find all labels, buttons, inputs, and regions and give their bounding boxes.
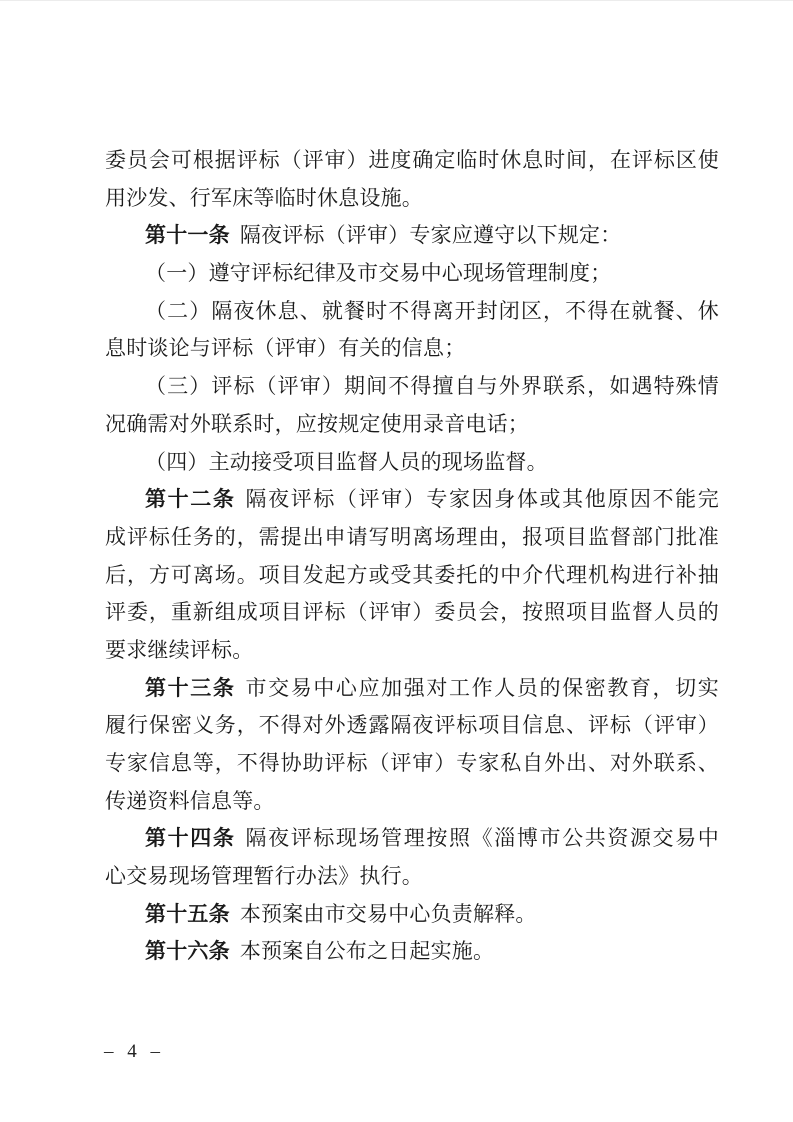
line-text: 市交易中心应加强对工作人员的保密教育，切实 bbox=[245, 676, 719, 700]
line-text: 隔夜评标（评审）专家因身体或其他原因不能完 bbox=[245, 487, 719, 511]
line-text: 评委，重新组成项目评标（评审）委员会，按照项目监督人员的 bbox=[105, 600, 719, 624]
text-line: 心交易现场管理暂行办法》执行。 bbox=[105, 858, 719, 896]
text-line: 息时谈论与评标（评审）有关的信息； bbox=[105, 330, 719, 368]
text-line: （三）评标（评审）期间不得擅自与外界联系，如遇特殊情 bbox=[105, 368, 719, 406]
text-line: 传递资料信息等。 bbox=[105, 783, 719, 821]
text-line: 用沙发、行军床等临时休息设施。 bbox=[105, 180, 719, 218]
line-text: 本预案由市交易中心负责解释。 bbox=[240, 902, 537, 926]
text-line: （一）遵守评标纪律及市交易中心现场管理制度； bbox=[105, 255, 719, 293]
line-text: （四）主动接受项目监督人员的现场监督。 bbox=[145, 450, 548, 474]
text-line: 成评标任务的，需提出申请写明离场理由，报项目监督部门批准 bbox=[105, 519, 719, 557]
line-text: 息时谈论与评标（评审）有关的信息； bbox=[105, 336, 465, 360]
page-number: – 4 – bbox=[104, 1041, 165, 1062]
line-text: 后，方可离场。项目发起方或受其委托的中介代理机构进行补抽 bbox=[105, 563, 719, 587]
line-text: 隔夜评标现场管理按照《淄博市公共资源交易中 bbox=[245, 826, 719, 850]
line-text: 心交易现场管理暂行办法》执行。 bbox=[105, 864, 423, 888]
text-line: 第十一条隔夜评标（评审）专家应遵守以下规定： bbox=[105, 217, 719, 255]
article-number: 第十六条 bbox=[145, 939, 230, 963]
text-line: （四）主动接受项目监督人员的现场监督。 bbox=[105, 444, 719, 482]
line-text: 况确需对外联系时，应按规定使用录音电话； bbox=[105, 412, 529, 436]
text-line: 第十五条本预案由市交易中心负责解释。 bbox=[105, 896, 719, 934]
text-line: 况确需对外联系时，应按规定使用录音电话； bbox=[105, 406, 719, 444]
article-number: 第十一条 bbox=[145, 223, 230, 247]
text-line: 履行保密义务，不得对外透露隔夜评标项目信息、评标（评审） bbox=[105, 707, 719, 745]
line-text: 隔夜评标（评审）专家应遵守以下规定： bbox=[240, 223, 622, 247]
line-text: 本预案自公布之日起实施。 bbox=[240, 939, 494, 963]
text-line: 第十二条隔夜评标（评审）专家因身体或其他原因不能完 bbox=[105, 481, 719, 519]
text-line: 专家信息等，不得协助评标（评审）专家私自外出、对外联系、 bbox=[105, 745, 719, 783]
text-line: 第十四条隔夜评标现场管理按照《淄博市公共资源交易中 bbox=[105, 820, 719, 858]
line-text: 要求继续评标。 bbox=[105, 638, 253, 662]
line-text: 用沙发、行军床等临时休息设施。 bbox=[105, 186, 423, 210]
text-line: 第十三条市交易中心应加强对工作人员的保密教育，切实 bbox=[105, 670, 719, 708]
article-number: 第十二条 bbox=[145, 487, 235, 511]
line-text: （三）评标（评审）期间不得擅自与外界联系，如遇特殊情 bbox=[145, 374, 719, 398]
line-text: 委员会可根据评标（评审）进度确定临时休息时间，在评标区使 bbox=[105, 148, 719, 172]
text-line: （二）隔夜休息、就餐时不得离开封闭区，不得在就餐、休 bbox=[105, 293, 719, 331]
line-text: （二）隔夜休息、就餐时不得离开封闭区，不得在就餐、休 bbox=[145, 299, 719, 323]
article-number: 第十四条 bbox=[145, 826, 235, 850]
line-text: 传递资料信息等。 bbox=[105, 789, 275, 813]
text-line: 第十六条本预案自公布之日起实施。 bbox=[105, 933, 719, 971]
text-line: 要求继续评标。 bbox=[105, 632, 719, 670]
document-body: 委员会可根据评标（评审）进度确定临时休息时间，在评标区使 用沙发、行军床等临时休… bbox=[105, 142, 719, 971]
article-number: 第十五条 bbox=[145, 902, 230, 926]
page-footer: – 4 – bbox=[104, 1041, 165, 1065]
line-text: 成评标任务的，需提出申请写明离场理由，报项目监督部门批准 bbox=[105, 525, 719, 549]
text-line: 后，方可离场。项目发起方或受其委托的中介代理机构进行补抽 bbox=[105, 557, 719, 595]
line-text: 履行保密义务，不得对外透露隔夜评标项目信息、评标（评审） bbox=[105, 713, 719, 737]
text-line: 委员会可根据评标（评审）进度确定临时休息时间，在评标区使 bbox=[105, 142, 719, 180]
line-text: （一）遵守评标纪律及市交易中心现场管理制度； bbox=[145, 261, 611, 285]
article-number: 第十三条 bbox=[145, 676, 235, 700]
line-text: 专家信息等，不得协助评标（评审）专家私自外出、对外联系、 bbox=[105, 751, 719, 775]
document-page: 委员会可根据评标（评审）进度确定临时休息时间，在评标区使 用沙发、行军床等临时休… bbox=[0, 0, 793, 1122]
text-line: 评委，重新组成项目评标（评审）委员会，按照项目监督人员的 bbox=[105, 594, 719, 632]
